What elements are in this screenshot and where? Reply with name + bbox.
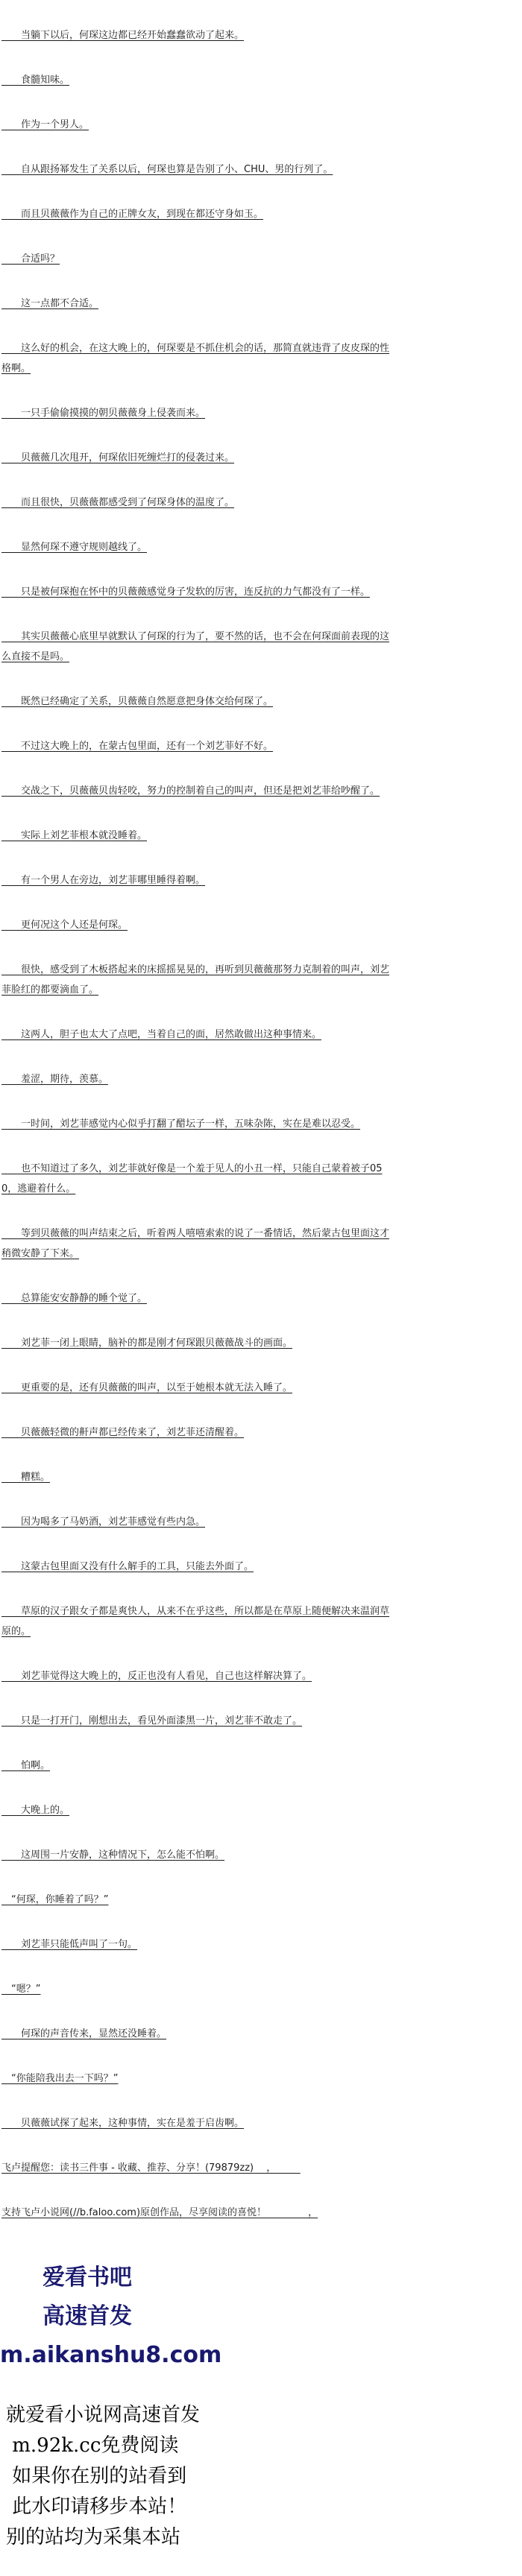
novel-paragraph: 更重要的是，还有贝薇薇的叫声，以至于她根本就无法入睡了。 bbox=[1, 1378, 392, 1398]
novel-paragraph: 也不知道过了多久，刘艺菲就好像是一个羞于见人的小丑一样，只能自己蒙着被子050，… bbox=[1, 1159, 392, 1199]
novel-paragraph: “何琛，你睡着了吗？” bbox=[1, 1890, 392, 1910]
novel-paragraph: “你能陪我出去一下吗？” bbox=[1, 2069, 392, 2089]
novel-paragraph: 这周围一片安静，这种情况下，怎么能不怕啊。 bbox=[1, 1845, 392, 1865]
novel-paragraph: 只是一打开门，刚想出去，看见外面漆黑一片，刘艺菲不敢走了。 bbox=[1, 1711, 392, 1731]
novel-paragraph: 而且贝薇薇作为自己的正牌女友，到现在都还守身如玉。 bbox=[1, 204, 392, 224]
novel-paragraph: 其实贝薇薇心底里早就默认了何琛的行为了，要不然的话，也不会在何琛面前表现的这么直… bbox=[1, 627, 392, 667]
novel-paragraph: 不过这大晚上的，在蒙古包里面，还有一个刘艺菲好不好。 bbox=[1, 736, 392, 756]
watermark-secondary-block: 就爱看小说网高速首发 m.92k.cc免费阅读 如果你在别的站看到 此水印请移步… bbox=[0, 2400, 522, 2553]
watermark-tagline: 高速首发 bbox=[0, 2297, 522, 2336]
novel-paragraph: 贝薇薇几次甩开，何琛依旧死缠烂打的侵袭过来。 bbox=[1, 448, 392, 468]
novel-paragraph: 有一个男人在旁边，刘艺菲哪里睡得着啊。 bbox=[1, 870, 392, 890]
novel-paragraph: 交战之下，贝薇薇贝齿轻咬，努力的控制着自己的叫声，但还是把刘艺菲给吵醒了。 bbox=[1, 781, 392, 801]
watermark-secondary-line: 此水印请移步本站！ bbox=[0, 2492, 522, 2522]
novel-paragraph: 糟糕。 bbox=[1, 1467, 392, 1487]
watermark-secondary-line: 别的站均为采集本站 bbox=[0, 2522, 522, 2553]
novel-paragraph: 贝薇薇试探了起来，这种事情，实在是羞于启齿啊。 bbox=[1, 2113, 392, 2133]
watermark-secondary-line: m.92k.cc免费阅读 bbox=[0, 2431, 522, 2461]
novel-paragraph: 因为喝多了马奶酒，刘艺菲感觉有些内急。 bbox=[1, 1512, 392, 1532]
novel-paragraph: 一只手偷偷摸摸的朝贝薇薇身上侵袭而来。 bbox=[1, 403, 392, 423]
watermark-primary-block: 爱看书吧 高速首发 m.aikanshu8.com bbox=[0, 2259, 522, 2375]
novel-text-body: 当躺下以后，何琛这边都已经开始蠢蠢欲动了起来。 食髓知味。 作为一个男人。 自从… bbox=[0, 0, 392, 2223]
novel-reader-page: 当躺下以后，何琛这边都已经开始蠢蠢欲动了起来。 食髓知味。 作为一个男人。 自从… bbox=[0, 0, 522, 2576]
watermark-secondary-line: 如果你在别的站看到 bbox=[0, 2461, 522, 2492]
novel-paragraph: 何琛的声音传来，显然还没睡着。 bbox=[1, 2024, 392, 2044]
novel-paragraph: 等到贝薇薇的叫声结束之后，听着两人嘻嘻索索的说了一番情话，然后蒙古包里面这才稍微… bbox=[1, 1224, 392, 1264]
novel-paragraph: 大晚上的。 bbox=[1, 1800, 392, 1820]
novel-paragraph: 这蒙古包里面又没有什么解手的工具，只能去外面了。 bbox=[1, 1557, 392, 1577]
novel-paragraph: 草原的汉子跟女子都是爽快人，从来不在乎这些，所以都是在草原上随便解决来温润草原的… bbox=[1, 1601, 392, 1642]
novel-paragraph: 更何况这个人还是何琛。 bbox=[1, 915, 392, 935]
novel-paragraph: 合适吗？ bbox=[1, 249, 392, 269]
novel-paragraph: 很快，感受到了木板搭起来的床摇摇晃晃的，再听到贝薇薇那努力克制着的叫声，刘艺菲脸… bbox=[1, 960, 392, 1000]
novel-paragraph: 这两人，胆子也太大了点吧，当着自己的面，居然敢做出这种事情来。 bbox=[1, 1025, 392, 1045]
novel-paragraph: 食髓知味。 bbox=[1, 70, 392, 90]
novel-paragraph: 刘艺菲只能低声叫了一句。 bbox=[1, 1934, 392, 1955]
novel-paragraph: 一时间，刘艺菲感觉内心似乎打翻了醋坛子一样，五味杂陈，实在是难以忍受。 bbox=[1, 1114, 392, 1134]
novel-paragraph: 总算能安安静静的睡个觉了。 bbox=[1, 1288, 392, 1308]
novel-paragraph: 怕啊。 bbox=[1, 1756, 392, 1776]
watermark-url: m.aikanshu8.com bbox=[0, 2336, 522, 2375]
novel-paragraph: 既然已经确定了关系，贝薇薇自然愿意把身体交给何琛了。 bbox=[1, 692, 392, 712]
novel-paragraph: 作为一个男人。 bbox=[1, 115, 392, 135]
paragraph-list: 当躺下以后，何琛这边都已经开始蠢蠢欲动了起来。 食髓知味。 作为一个男人。 自从… bbox=[1, 25, 392, 2133]
faloo-support-line: 支持飞卢小说网(//b.faloo.com)原创作品，尽享阅读的喜悦！ ， bbox=[1, 2203, 392, 2223]
novel-paragraph: “嗯？” bbox=[1, 1979, 392, 1999]
novel-paragraph: 这么好的机会，在这大晚上的，何琛要是不抓住机会的话，那简直就违背了皮皮琛的性格啊… bbox=[1, 338, 392, 379]
novel-paragraph: 刘艺菲一闭上眼睛，脑补的都是刚才何琛跟贝薇薇战斗的画面。 bbox=[1, 1333, 392, 1353]
novel-paragraph: 实际上刘艺菲根本就没睡着。 bbox=[1, 826, 392, 846]
novel-paragraph: 这一点都不合适。 bbox=[1, 294, 392, 314]
novel-paragraph: 羞涩，期待，羡慕。 bbox=[1, 1069, 392, 1089]
novel-paragraph: 而且很快，贝薇薇都感受到了何琛身体的温度了。 bbox=[1, 493, 392, 513]
faloo-reminder-line: 飞卢提醒您：读书三件事 - 收藏、推荐、分享！(79879zz) ， bbox=[1, 2158, 392, 2178]
watermark-site-name: 爱看书吧 bbox=[0, 2259, 522, 2297]
novel-paragraph: 贝薇薇轻微的鼾声都已经传来了，刘艺菲还清醒着。 bbox=[1, 1423, 392, 1443]
novel-paragraph: 自从跟扬幂发生了关系以后，何琛也算是告别了小、CHU、男的行列了。 bbox=[1, 159, 392, 180]
novel-paragraph: 当躺下以后，何琛这边都已经开始蠢蠢欲动了起来。 bbox=[1, 25, 392, 45]
novel-paragraph: 只是被何琛抱在怀中的贝薇薇感觉身子发软的厉害，连反抗的力气都没有了一样。 bbox=[1, 582, 392, 602]
watermark-secondary-line: 就爱看小说网高速首发 bbox=[0, 2400, 522, 2431]
novel-paragraph: 显然何琛不遵守规则越线了。 bbox=[1, 537, 392, 557]
novel-paragraph: 刘艺菲觉得这大晚上的，反正也没有人看见，自己也这样解决算了。 bbox=[1, 1666, 392, 1686]
